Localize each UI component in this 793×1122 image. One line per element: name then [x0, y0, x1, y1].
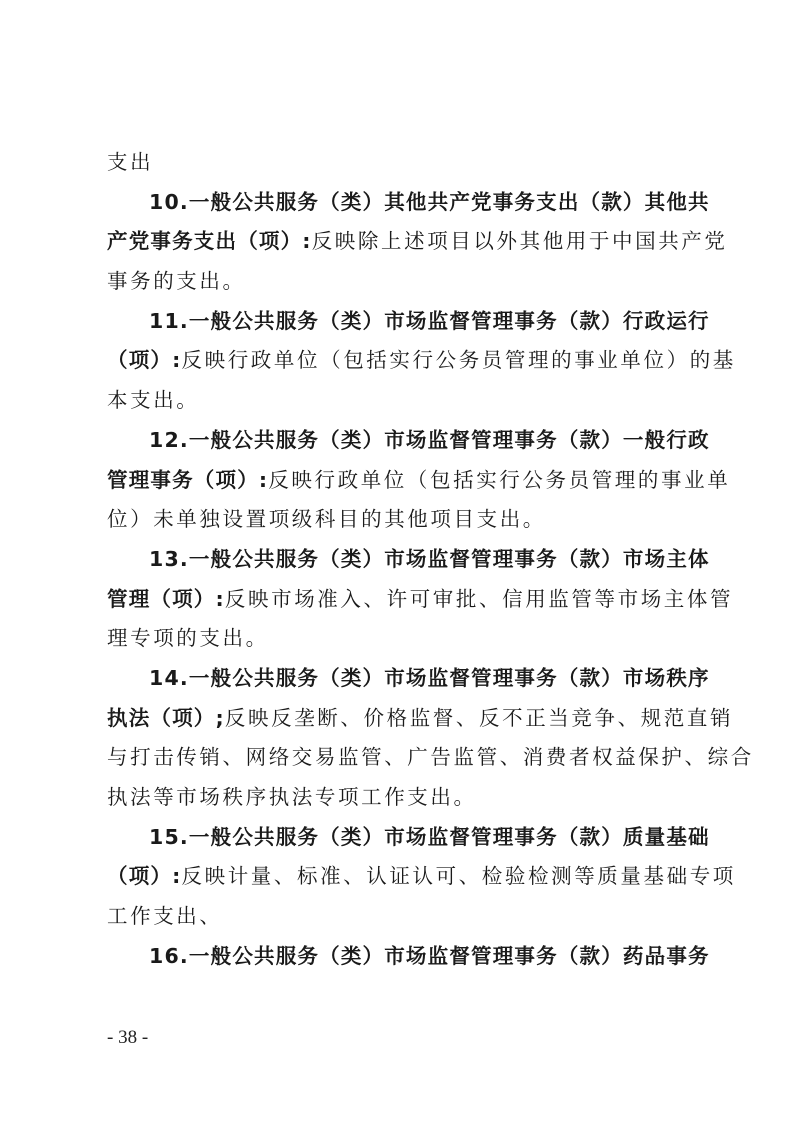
page-number: - 38 -: [107, 1027, 148, 1049]
item-description: 反映反垄断、价格监督、反不正当竞争、规范直销: [225, 706, 733, 730]
item-description: 反映市场准入、许可审批、信用监管等市场主体管: [225, 587, 733, 611]
item-14-line-4: 执法等市场秩序执法专项工作支出。: [107, 778, 695, 818]
item-12-line-3: 位）未单独设置项级科目的其他项目支出。: [107, 500, 695, 540]
item-15-heading: 15.一般公共服务（类）市场监督管理事务（款）质量基础: [107, 818, 695, 858]
item-description: 工作支出、: [107, 904, 223, 928]
item-10-line-3: 事务的支出。: [107, 262, 695, 302]
item-description: 位）未单独设置项级科目的其他项目支出。: [107, 507, 546, 531]
item-heading-text: 14.一般公共服务（类）市场监督管理事务（款）市场秩序: [149, 666, 710, 690]
item-12-line-2: 管理事务（项）:反映行政单位（包括实行公务员管理的事业单: [107, 461, 695, 501]
item-description: 反映除上述项目以外其他用于中国共产党: [312, 229, 728, 253]
item-12-heading: 12.一般公共服务（类）市场监督管理事务（款）一般行政: [107, 421, 695, 461]
item-description: 事务的支出。: [107, 269, 246, 293]
item-heading-text: 16.一般公共服务（类）市场监督管理事务（款）药品事务: [149, 944, 710, 968]
item-heading-text: 15.一般公共服务（类）市场监督管理事务（款）质量基础: [149, 825, 710, 849]
item-14-line-3: 与打击传销、网络交易监管、广告监管、消费者权益保护、综合: [107, 738, 695, 778]
item-heading-text: 10.一般公共服务（类）其他共产党事务支出（款）其他共: [149, 190, 710, 214]
item-heading-text: （项）:: [107, 864, 182, 888]
item-heading-text: 12.一般公共服务（类）市场监督管理事务（款）一般行政: [149, 428, 710, 452]
item-14-heading: 14.一般公共服务（类）市场监督管理事务（款）市场秩序: [107, 659, 695, 699]
item-13-line-2: 管理（项）:反映市场准入、许可审批、信用监管等市场主体管: [107, 580, 695, 620]
item-heading-text: （项）:: [107, 348, 182, 372]
item-15-line-3: 工作支出、: [107, 897, 695, 937]
item-description: 反映行政单位（包括实行公务员管理的事业单: [268, 468, 730, 492]
document-page: 支出 10.一般公共服务（类）其他共产党事务支出（款）其他共 产党事务支出（项）…: [107, 143, 695, 976]
item-13-heading: 13.一般公共服务（类）市场监督管理事务（款）市场主体: [107, 540, 695, 580]
item-description: 反映计量、标准、认证认可、检验检测等质量基础专项: [182, 864, 736, 888]
item-description: 与打击传销、网络交易监管、广告监管、消费者权益保护、综合: [107, 745, 754, 769]
item-heading-text: 管理事务（项）:: [107, 468, 268, 492]
item-10-heading: 10.一般公共服务（类）其他共产党事务支出（款）其他共: [107, 183, 695, 223]
item-11-line-3: 本支出。: [107, 381, 695, 421]
item-15-line-2: （项）:反映计量、标准、认证认可、检验检测等质量基础专项: [107, 857, 695, 897]
item-11-heading: 11.一般公共服务（类）市场监督管理事务（款）行政运行: [107, 302, 695, 342]
item-11-line-2: （项）:反映行政单位（包括实行公务员管理的事业单位）的基: [107, 341, 695, 381]
item-10-line-2: 产党事务支出（项）:反映除上述项目以外其他用于中国共产党: [107, 222, 695, 262]
continuation-line: 支出: [107, 143, 695, 183]
item-heading-text: 13.一般公共服务（类）市场监督管理事务（款）市场主体: [149, 547, 710, 571]
item-heading-text: 11.一般公共服务（类）市场监督管理事务（款）行政运行: [149, 309, 710, 333]
item-16-heading: 16.一般公共服务（类）市场监督管理事务（款）药品事务: [107, 937, 695, 977]
item-heading-text: 产党事务支出（项）:: [107, 229, 312, 253]
item-14-line-2: 执法（项）;反映反垄断、价格监督、反不正当竞争、规范直销: [107, 699, 695, 739]
continuation-text: 支出: [107, 150, 153, 174]
item-description: 理专项的支出。: [107, 626, 269, 650]
item-13-line-3: 理专项的支出。: [107, 619, 695, 659]
item-description: 执法等市场秩序执法专项工作支出。: [107, 785, 477, 809]
item-description: 反映行政单位（包括实行公务员管理的事业单位）的基: [182, 348, 736, 372]
item-heading-text: 执法（项）;: [107, 706, 225, 730]
item-heading-text: 管理（项）:: [107, 587, 225, 611]
item-description: 本支出。: [107, 388, 199, 412]
